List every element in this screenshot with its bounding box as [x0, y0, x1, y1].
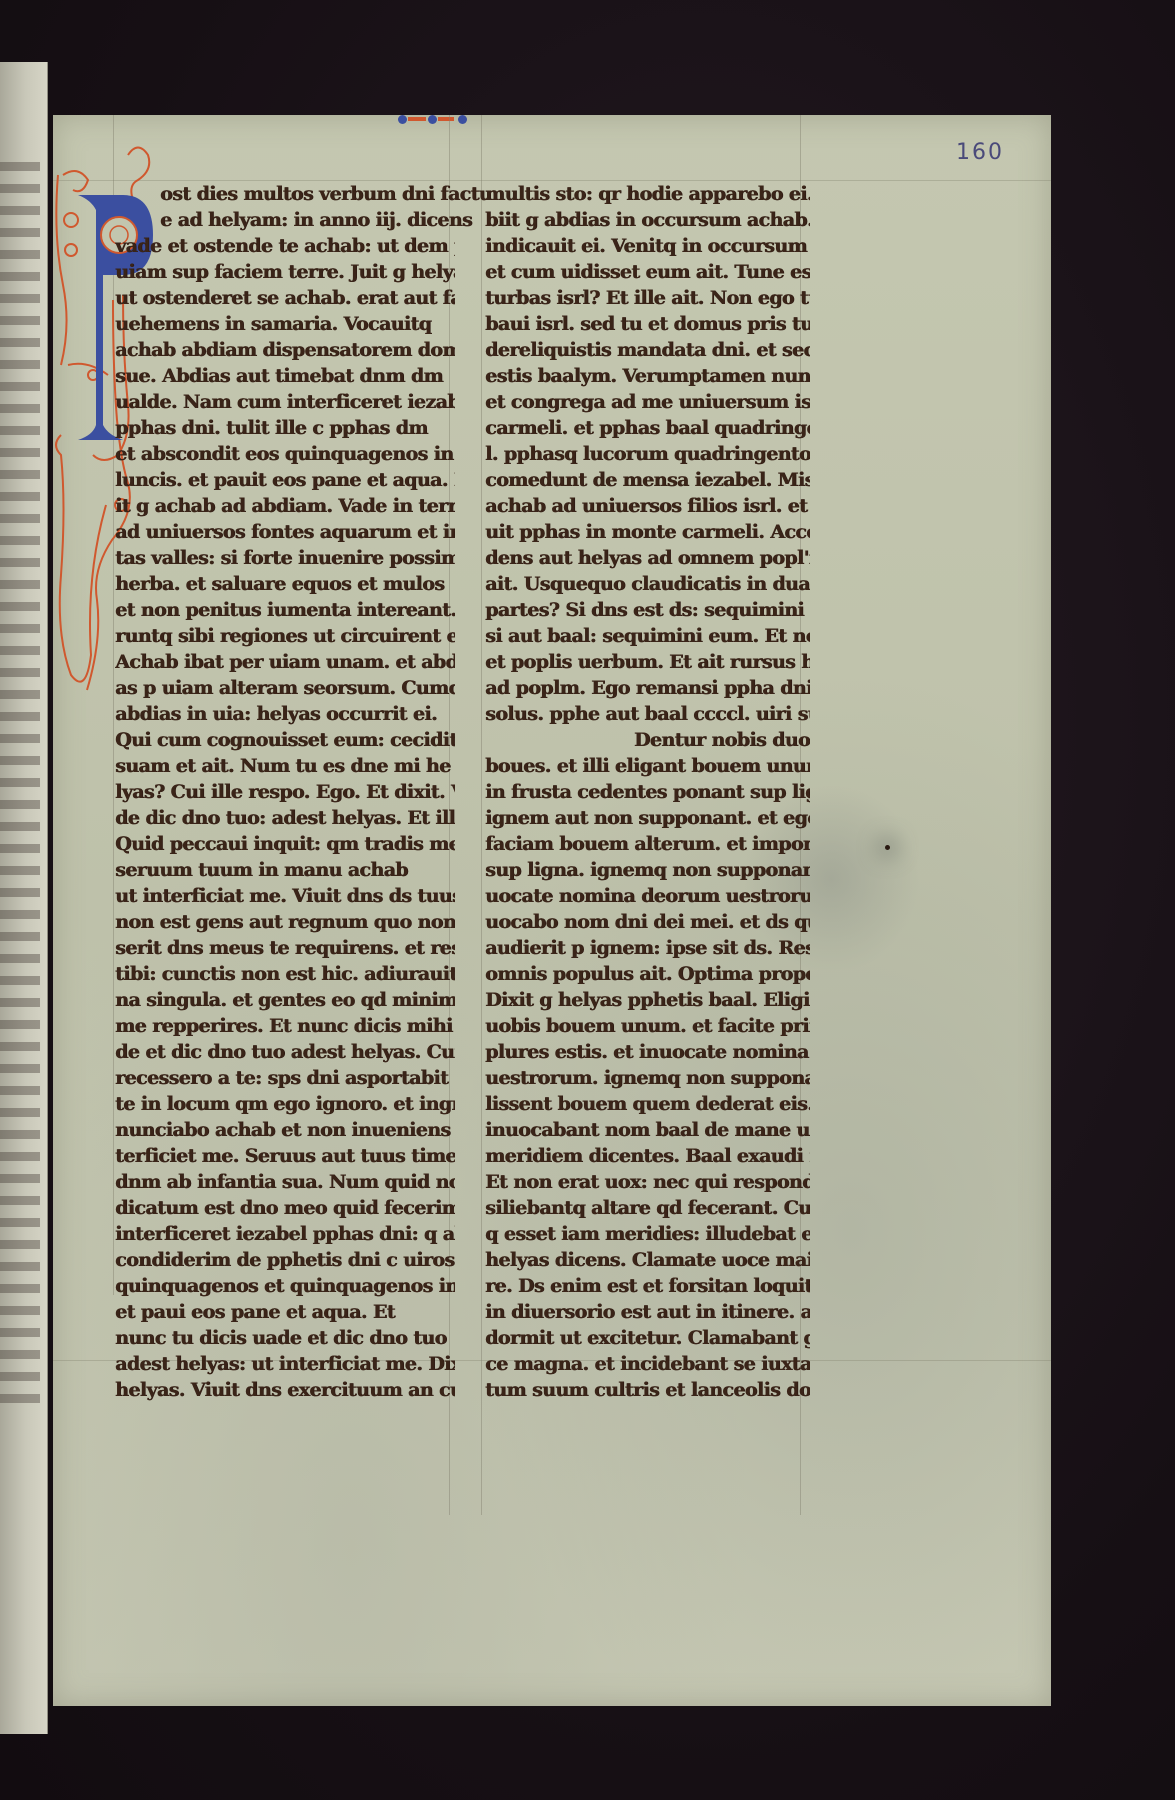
text-line: dicatum est dno meo quid fecerim cum: [115, 1195, 455, 1221]
text-line: et poplis uerbum. Et ait rursus helyas: [485, 649, 810, 675]
text-line: nunciabo achab et non inueniens te: in: [115, 1117, 455, 1143]
text-line: luncis. et pauit eos pane et aqua. Dix: [115, 467, 455, 493]
top-decoration: [398, 115, 493, 123]
text-line: Dentur nobis duo: [485, 727, 810, 753]
text-line: uehemens in samaria. Vocauitq: [115, 311, 455, 337]
text-line: ad poplm. Ego remansi ppha dni: [485, 675, 810, 701]
text-line: multis sto: qr hodie apparebo ei. A: [485, 181, 810, 207]
adjacent-page-text-edge: [0, 162, 40, 1412]
ruling-gutter-right: [481, 115, 482, 1515]
text-line: nunc tu dicis uade et dic dno tuo: [115, 1325, 455, 1351]
text-line: vade et ostende te achab: ut dem plu: [115, 233, 455, 259]
text-line: me repperires. Et nunc dicis mihi ua: [115, 1013, 455, 1039]
text-line: ualde. Nam cum interficeret iezabel: [115, 389, 455, 415]
text-line: dereliquistis mandata dni. et secuti: [485, 337, 810, 363]
text-line: inuocabant nom baal de mane usq ad: [485, 1117, 810, 1143]
text-line: ait. Usquequo claudicatis in duas: [485, 571, 810, 597]
folio-number: 160: [956, 140, 1004, 165]
text-line: dens aut helyas ad omnem popl'm: [485, 545, 810, 571]
text-line: Dixit g helyas pphetis baal. Eligite: [485, 987, 810, 1013]
text-line: boues. et illi eligant bouem unum. et: [485, 753, 810, 779]
text-line: abdias in uia: helyas occurrit ei.: [115, 701, 455, 727]
text-line: re. Ds enim est et forsitan loquitur aut: [485, 1273, 810, 1299]
text-line: de et dic dno tuo adest helyas. Cumq: [115, 1039, 455, 1065]
text-line: as p uiam alteram seorsum. Cumq esset: [115, 675, 455, 701]
text-line: meridiem dicentes. Baal exaudi nos.: [485, 1143, 810, 1169]
text-line: runtq sibi regiones ut circuirent eas.: [115, 623, 455, 649]
text-column-left: ost dies multos verbum dni factu e ad he…: [115, 181, 455, 1403]
text-line: e ad helyam: in anno iij. dicens: [115, 207, 500, 233]
text-line: te in locum qm ego ignoro. et ingressus: [115, 1091, 455, 1117]
text-line: adest helyas: ut interficiat me. Dixit: [115, 1351, 455, 1377]
text-column-right: multis sto: qr hodie apparebo ei. A biit…: [485, 181, 815, 1403]
text-line: dormit ut excitetur. Clamabant g uo: [485, 1325, 810, 1351]
text-line: it g achab ad abdiam. Vade in terram: [115, 493, 455, 519]
text-line: non est gens aut regnum quo non mi: [115, 909, 455, 935]
text-line: helyas dicens. Clamate uoce maio: [485, 1247, 810, 1273]
text-line: quinquagenos et quinquagenos in spelunci…: [115, 1273, 455, 1299]
text-line: in frusta cedentes ponant sup ligna.: [485, 779, 810, 805]
text-line: biit g abdias in occursum achab. et: [485, 207, 810, 233]
text-line: recessero a te: sps dni asportabit: [115, 1065, 455, 1091]
text-line: plures estis. et inuocate nomina deorum: [485, 1039, 810, 1065]
text-line: solus. pphe aut baal ccccl. uiri sunt.: [485, 701, 810, 727]
text-line: dnm ab infantia sua. Num quid non in: [115, 1169, 455, 1195]
text-line: Qui cum cognouisset eum: cecidit sup fac…: [115, 727, 455, 753]
text-line: Et non erat uox: nec qui responderet. Tr…: [485, 1169, 810, 1195]
ink-blot: [885, 845, 890, 850]
text-line: lissent bouem quem dederat eis. fecerunt…: [485, 1091, 810, 1117]
text-line: et abscondit eos quinquagenos in spe: [115, 441, 455, 467]
text-line: uiam sup faciem terre. Juit g helyas: [115, 259, 455, 285]
text-line: carmeli. et pphas baal quadringentos: [485, 415, 810, 441]
text-line: ut interficiat me. Viuit dns ds tuus: [115, 883, 455, 909]
text-line: herba. et saluare equos et mulos: [115, 571, 455, 597]
text-line: terficiet me. Seruus aut tuus timet: [115, 1143, 455, 1169]
text-line: serit dns meus te requirens. et responde…: [115, 935, 455, 961]
text-line: et cum uidisset eum ait. Tune es ille qu…: [485, 259, 810, 285]
text-line: omnis populus ait. Optima propositio: [485, 961, 810, 987]
text-line: et paui eos pane et aqua. Et: [115, 1299, 455, 1325]
text-line: ignem aut non supponant. et ego: [485, 805, 810, 831]
text-line: interficeret iezabel pphas dni: q abs: [115, 1221, 455, 1247]
text-line: et congrega ad me uniuersum isrl in mont…: [485, 389, 810, 415]
text-line: uobis bouem unum. et facite primi quia u…: [485, 1013, 810, 1039]
text-line: q esset iam meridies: illudebat eis: [485, 1221, 810, 1247]
text-line: uit pphas in monte carmeli. Acce: [485, 519, 810, 545]
text-line: Quid peccaui inquit: qm tradis me: [115, 831, 455, 857]
text-line: siliebantq altare qd fecerant. Cum: [485, 1195, 810, 1221]
text-line: tas valles: si forte inuenire possim: [115, 545, 455, 571]
text-line: in diuersorio est aut in itinere. aut ce…: [485, 1299, 810, 1325]
text-line: seruum tuum in manu achab: [115, 857, 455, 883]
manuscript-page: 160 ost dies multos verbum dni factu e a…: [53, 115, 1051, 1706]
text-line: ad uniuersos fontes aquarum et in cunc: [115, 519, 455, 545]
adjacent-page-stack: [0, 62, 48, 1734]
text-line: ut ostenderet se achab. erat aut fames: [115, 285, 455, 311]
text-line: indicauit ei. Venitq in occursum helye: [485, 233, 810, 259]
text-line: sup ligna. ignemq non supponam. In: [485, 857, 810, 883]
text-line: faciam bouem alterum. et imponam: [485, 831, 810, 857]
text-line: estis baalym. Verumptamen nunc mitte: [485, 363, 810, 389]
text-line: uestrorum. ignemq non supponatis. Qui cu…: [485, 1065, 810, 1091]
text-line: l. pphasq lucorum quadringentos qui: [485, 441, 810, 467]
text-line: ost dies multos verbum dni factu: [115, 181, 500, 207]
text-line: Achab ibat per uiam unam. et abdi: [115, 649, 455, 675]
text-line: uocate nomina deorum uestrorum. et ego i…: [485, 883, 810, 909]
text-line: comedunt de mensa iezabel. Misit: [485, 467, 810, 493]
text-line: uocabo nom dni dei mei. et ds qui ex: [485, 909, 810, 935]
text-line: sue. Abdias aut timebat dnm dm: [115, 363, 455, 389]
text-line: audierit p ignem: ipse sit ds. Responden…: [485, 935, 810, 961]
text-line: turbas isrl? Et ille ait. Non ego tur: [485, 285, 810, 311]
text-line: si aut baal: sequimini eum. Et non respo…: [485, 623, 810, 649]
text-line: et non penitus iumenta intereant. Diuise: [115, 597, 455, 623]
text-line: baui isrl. sed tu et domus pris tui qui: [485, 311, 810, 337]
text-line: condiderim de pphetis dni c uiros c: [115, 1247, 455, 1273]
text-line: tum suum cultris et lanceolis donec p: [485, 1377, 810, 1403]
text-line: lyas? Cui ille respo. Ego. Et dixit. Va: [115, 779, 455, 805]
text-line: helyas. Viuit dns exercituum an cuius: [115, 1377, 455, 1403]
text-line: de dic dno tuo: adest helyas. Et ille: [115, 805, 455, 831]
text-line: na singula. et gentes eo qd minime: [115, 987, 455, 1013]
text-line: ce magna. et incidebant se iuxta ri: [485, 1351, 810, 1377]
text-line: partes? Si dns est ds: sequimini illu.: [485, 597, 810, 623]
text-line: pphas dni. tulit ille c pphas dm: [115, 415, 455, 441]
text-line: tibi: cunctis non est hic. adiurauit reg: [115, 961, 455, 987]
text-line: suam et ait. Num tu es dne mi he: [115, 753, 455, 779]
text-line: achab ad uniuersos filios isrl. et congr…: [485, 493, 810, 519]
text-line: achab abdiam dispensatorem domus: [115, 337, 455, 363]
